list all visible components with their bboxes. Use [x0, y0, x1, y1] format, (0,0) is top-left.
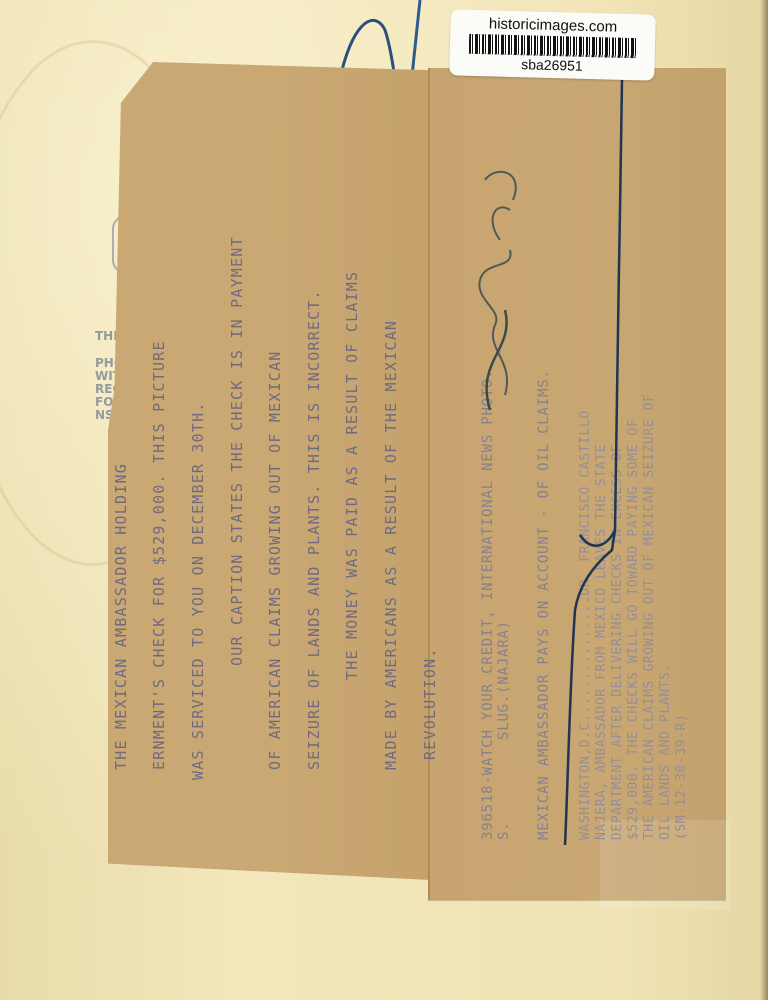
caption-body-line-5: THE AMERICAN CLAIMS GROWING OUT OF MEXIC… — [642, 393, 657, 840]
correction-line-4: OUR CAPTION STATES THE CHECK IS IN PAYME… — [228, 236, 246, 666]
caption-headline: MEXICAN AMBASSADOR PAYS ON ACCOUNT - OF … — [536, 369, 552, 840]
inventory-label: historicimages.com sba26951 — [449, 9, 656, 80]
pen-bracket-line-icon — [560, 80, 630, 850]
correction-line-7: THE MONEY WAS PAID AS A RESULT OF CLAIMS — [343, 271, 361, 680]
caption-slug-prefix: S. — [496, 822, 512, 840]
correction-line-5: OF AMERICAN CLAIMS GROWING OUT OF MEXICA… — [266, 351, 284, 770]
correction-line-1: THE MEXICAN AMBASSADOR HOLDING — [112, 463, 130, 770]
caption-header: 396518-WATCH YOUR CREDIT, INTERNATIONAL … — [480, 369, 496, 840]
caption-body-line-7: (SM-12-30-39-R) — [674, 714, 689, 840]
handwritten-signature-icon — [455, 160, 535, 420]
correction-line-8: MADE BY AMERICANS AS A RESULT OF THE MEX… — [382, 320, 400, 770]
caption-slug: SLUG.(NAJARA) — [496, 620, 512, 740]
correction-line-6: SEIZURE OF LANDS AND PLANTS. THIS IS INC… — [305, 289, 323, 770]
photo-edge-shadow — [760, 0, 768, 1000]
correction-line-2: ERNMENT'S CHECK FOR $529,000. THIS PICTU… — [150, 340, 168, 770]
correction-line-9: REVOLUTION. — [421, 647, 439, 760]
caption-body-line-6: OIL LANDS AND PLANTS. — [658, 663, 673, 840]
correction-line-3: WAS SERVICED TO YOU ON DECEMBER 30TH. — [189, 401, 207, 780]
